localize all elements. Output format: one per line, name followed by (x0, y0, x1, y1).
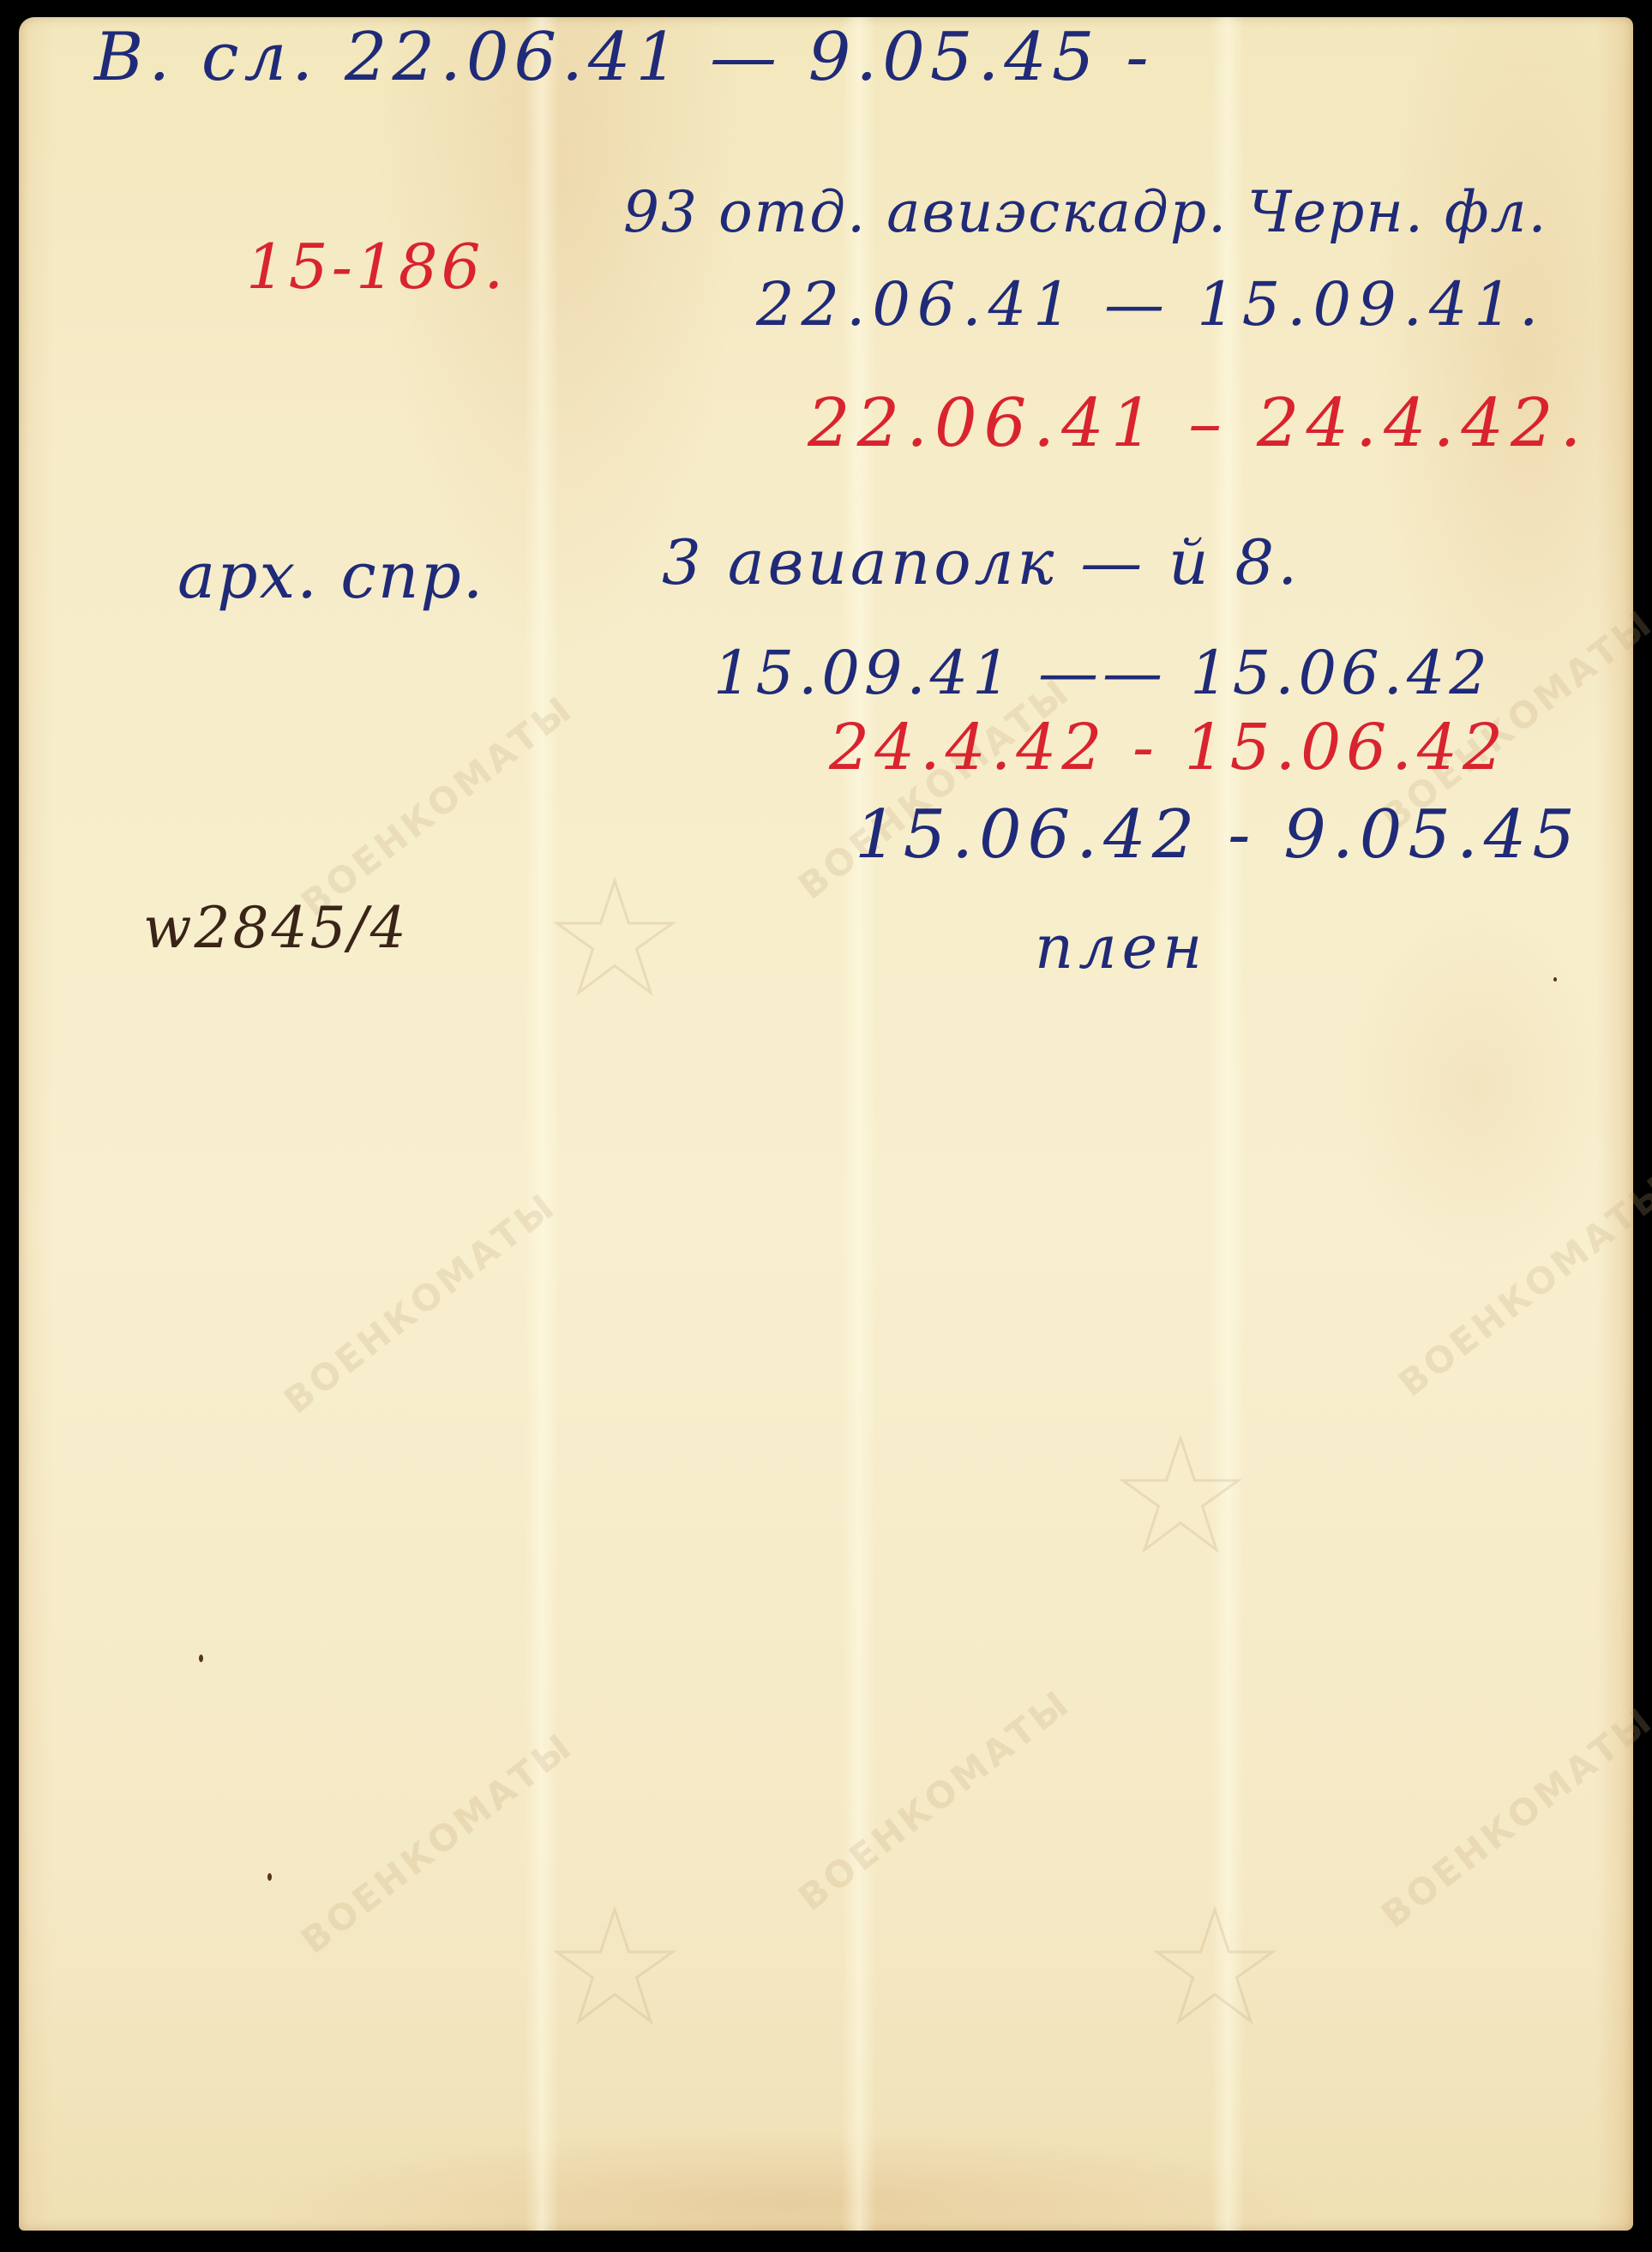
unit-1-name: 93 отд. авиэскадр. Черн. фл. (623, 184, 1547, 241)
paper-speck (267, 1873, 272, 1881)
watermark-text: ВОЕНКОМАТЫ (790, 1681, 1078, 1919)
record-card: ВОЕНКОМАТЫ ВОЕНКОМАТЫ ВОЕНКОМАТЫ ВОЕНКОМ… (19, 17, 1633, 2231)
watermark-text: ВОЕНКОМАТЫ (1391, 1167, 1652, 1405)
watermark-text: ВОЕНКОМАТЫ (276, 1184, 564, 1422)
paper-speck (1553, 977, 1557, 982)
archive-reference: арх. спр. (177, 544, 484, 608)
watermark-text: ВОЕНКОМАТЫ (1373, 1698, 1652, 1937)
red-reference: 15-186. (246, 236, 507, 297)
star-logo-icon (550, 874, 679, 1003)
unit-3-note: плен (1035, 917, 1207, 977)
file-number: w2845/4 (143, 900, 409, 957)
paper-fold (1210, 17, 1245, 2231)
unit-3-dates: 15.06.42 - 9.05.45 (855, 802, 1581, 868)
service-period: В. сл. 22.06.41 — 9.05.45 - (94, 24, 1154, 91)
unit-1-dates-red: 22.06.41 – 24.4.42. (808, 390, 1588, 457)
paper-fold (525, 17, 559, 2231)
unit-2-dates: 15.09.41 —— 15.06.42 (713, 643, 1492, 703)
unit-2-name: 3 авиаполк — й 8. (662, 531, 1301, 593)
paper-speck (199, 1654, 203, 1662)
paper-fold (842, 17, 876, 2231)
star-logo-icon (550, 1903, 679, 2032)
unit-2-dates-red: 24.4.42 - 15.06.42 (829, 716, 1508, 779)
unit-1-dates: 22.06.41 — 15.09.41. (756, 274, 1545, 334)
